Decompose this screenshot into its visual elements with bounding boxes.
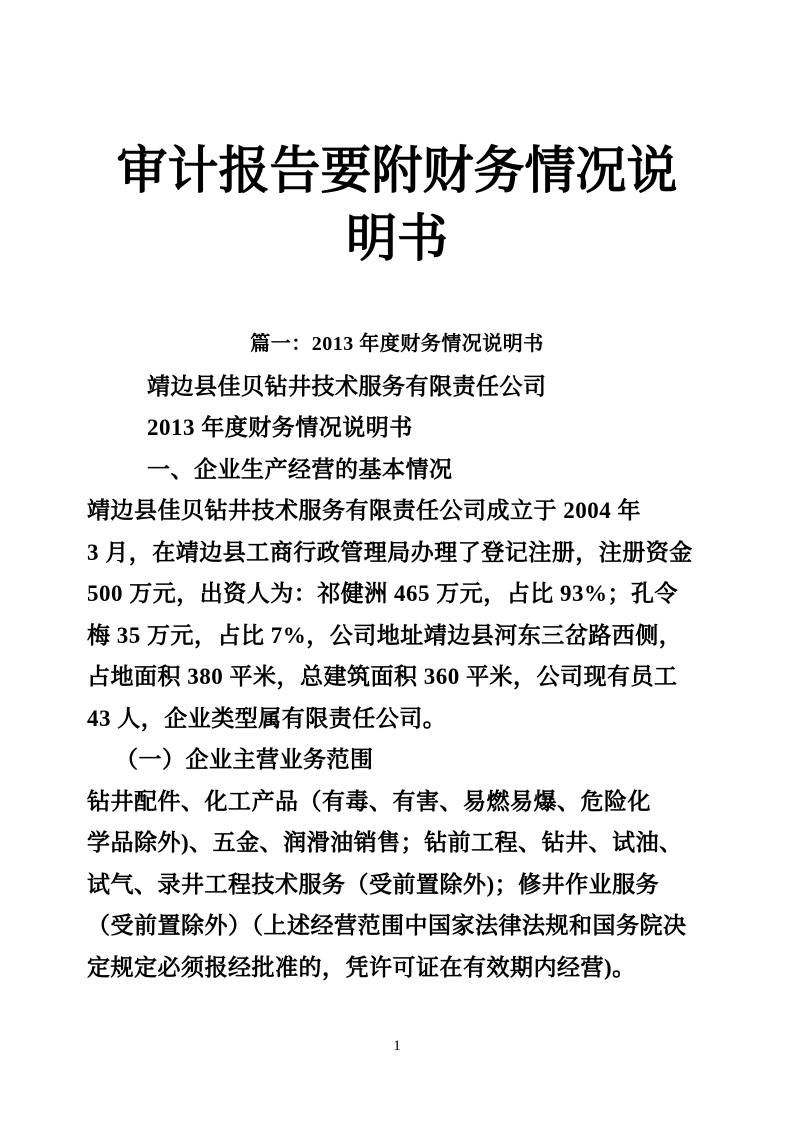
company-name-heading: 靖边县佳贝钻井技术服务有限责任公司 [87,366,707,408]
paragraph-line: 学品除外)、五金、润滑油销售；钻前工程、钻井、试油、 [87,822,707,864]
document-title: 审计报告要附财务情况说 明书 [0,138,794,274]
paragraph-line: （受前置除外）（上述经营范围中国家法律法规和国务院决 [87,905,707,947]
paragraph-line: 占地面积 380 平米，总建筑面积 360 平米，公司现有员工 [87,656,707,698]
paragraph-line: 500 万元，出资人为：祁健洲 465 万元，占比 93%；孔令 [87,573,707,615]
paragraph-line: 试气、录井工程技术服务（受前置除外)；修井作业服务 [87,864,707,906]
page-number: 1 [0,1036,794,1056]
document-body: 篇一：2013 年度财务情况说明书 靖边县佳贝钻井技术服务有限责任公司 2013… [87,324,707,988]
paragraph-line: 梅 35 万元，占比 7%，公司地址靖边县河东三岔路西侧， [87,615,707,657]
paragraph-business-overview: 靖边县佳贝钻井技术服务有限责任公司成立于 2004 年3 月，在靖边县工商行政管… [87,490,707,739]
paragraph-line: 43 人，企业类型属有限责任公司。 [87,698,707,740]
paragraph-line: 3 月，在靖边县工商行政管理局办理了登记注册，注册资金 [87,532,707,574]
document-title-line-2: 明书 [0,206,794,274]
document-page: 审计报告要附财务情况说 明书 篇一：2013 年度财务情况说明书 靖边县佳贝钻井… [0,0,794,1123]
paragraph-line: 靖边县佳贝钻井技术服务有限责任公司成立于 2004 年 [87,490,707,532]
paragraph-line: 钻井配件、化工产品（有毒、有害、易燃易爆、危险化 [87,781,707,823]
subsection-1-1-heading: （一）企业主营业务范围 [87,739,707,781]
paragraph-business-scope: 钻井配件、化工产品（有毒、有害、易燃易爆、危险化学品除外)、五金、润滑油销售；钻… [87,781,707,989]
report-title-heading: 2013 年度财务情况说明书 [87,407,707,449]
paragraph-line: 定规定必须报经批准的，凭许可证在有效期内经营)。 [87,947,707,989]
section-1-heading: 一、企业生产经营的基本情况 [87,449,707,491]
subtitle-heading: 篇一：2013 年度财务情况说明书 [87,324,707,366]
document-title-line-1: 审计报告要附财务情况说 [0,138,794,206]
